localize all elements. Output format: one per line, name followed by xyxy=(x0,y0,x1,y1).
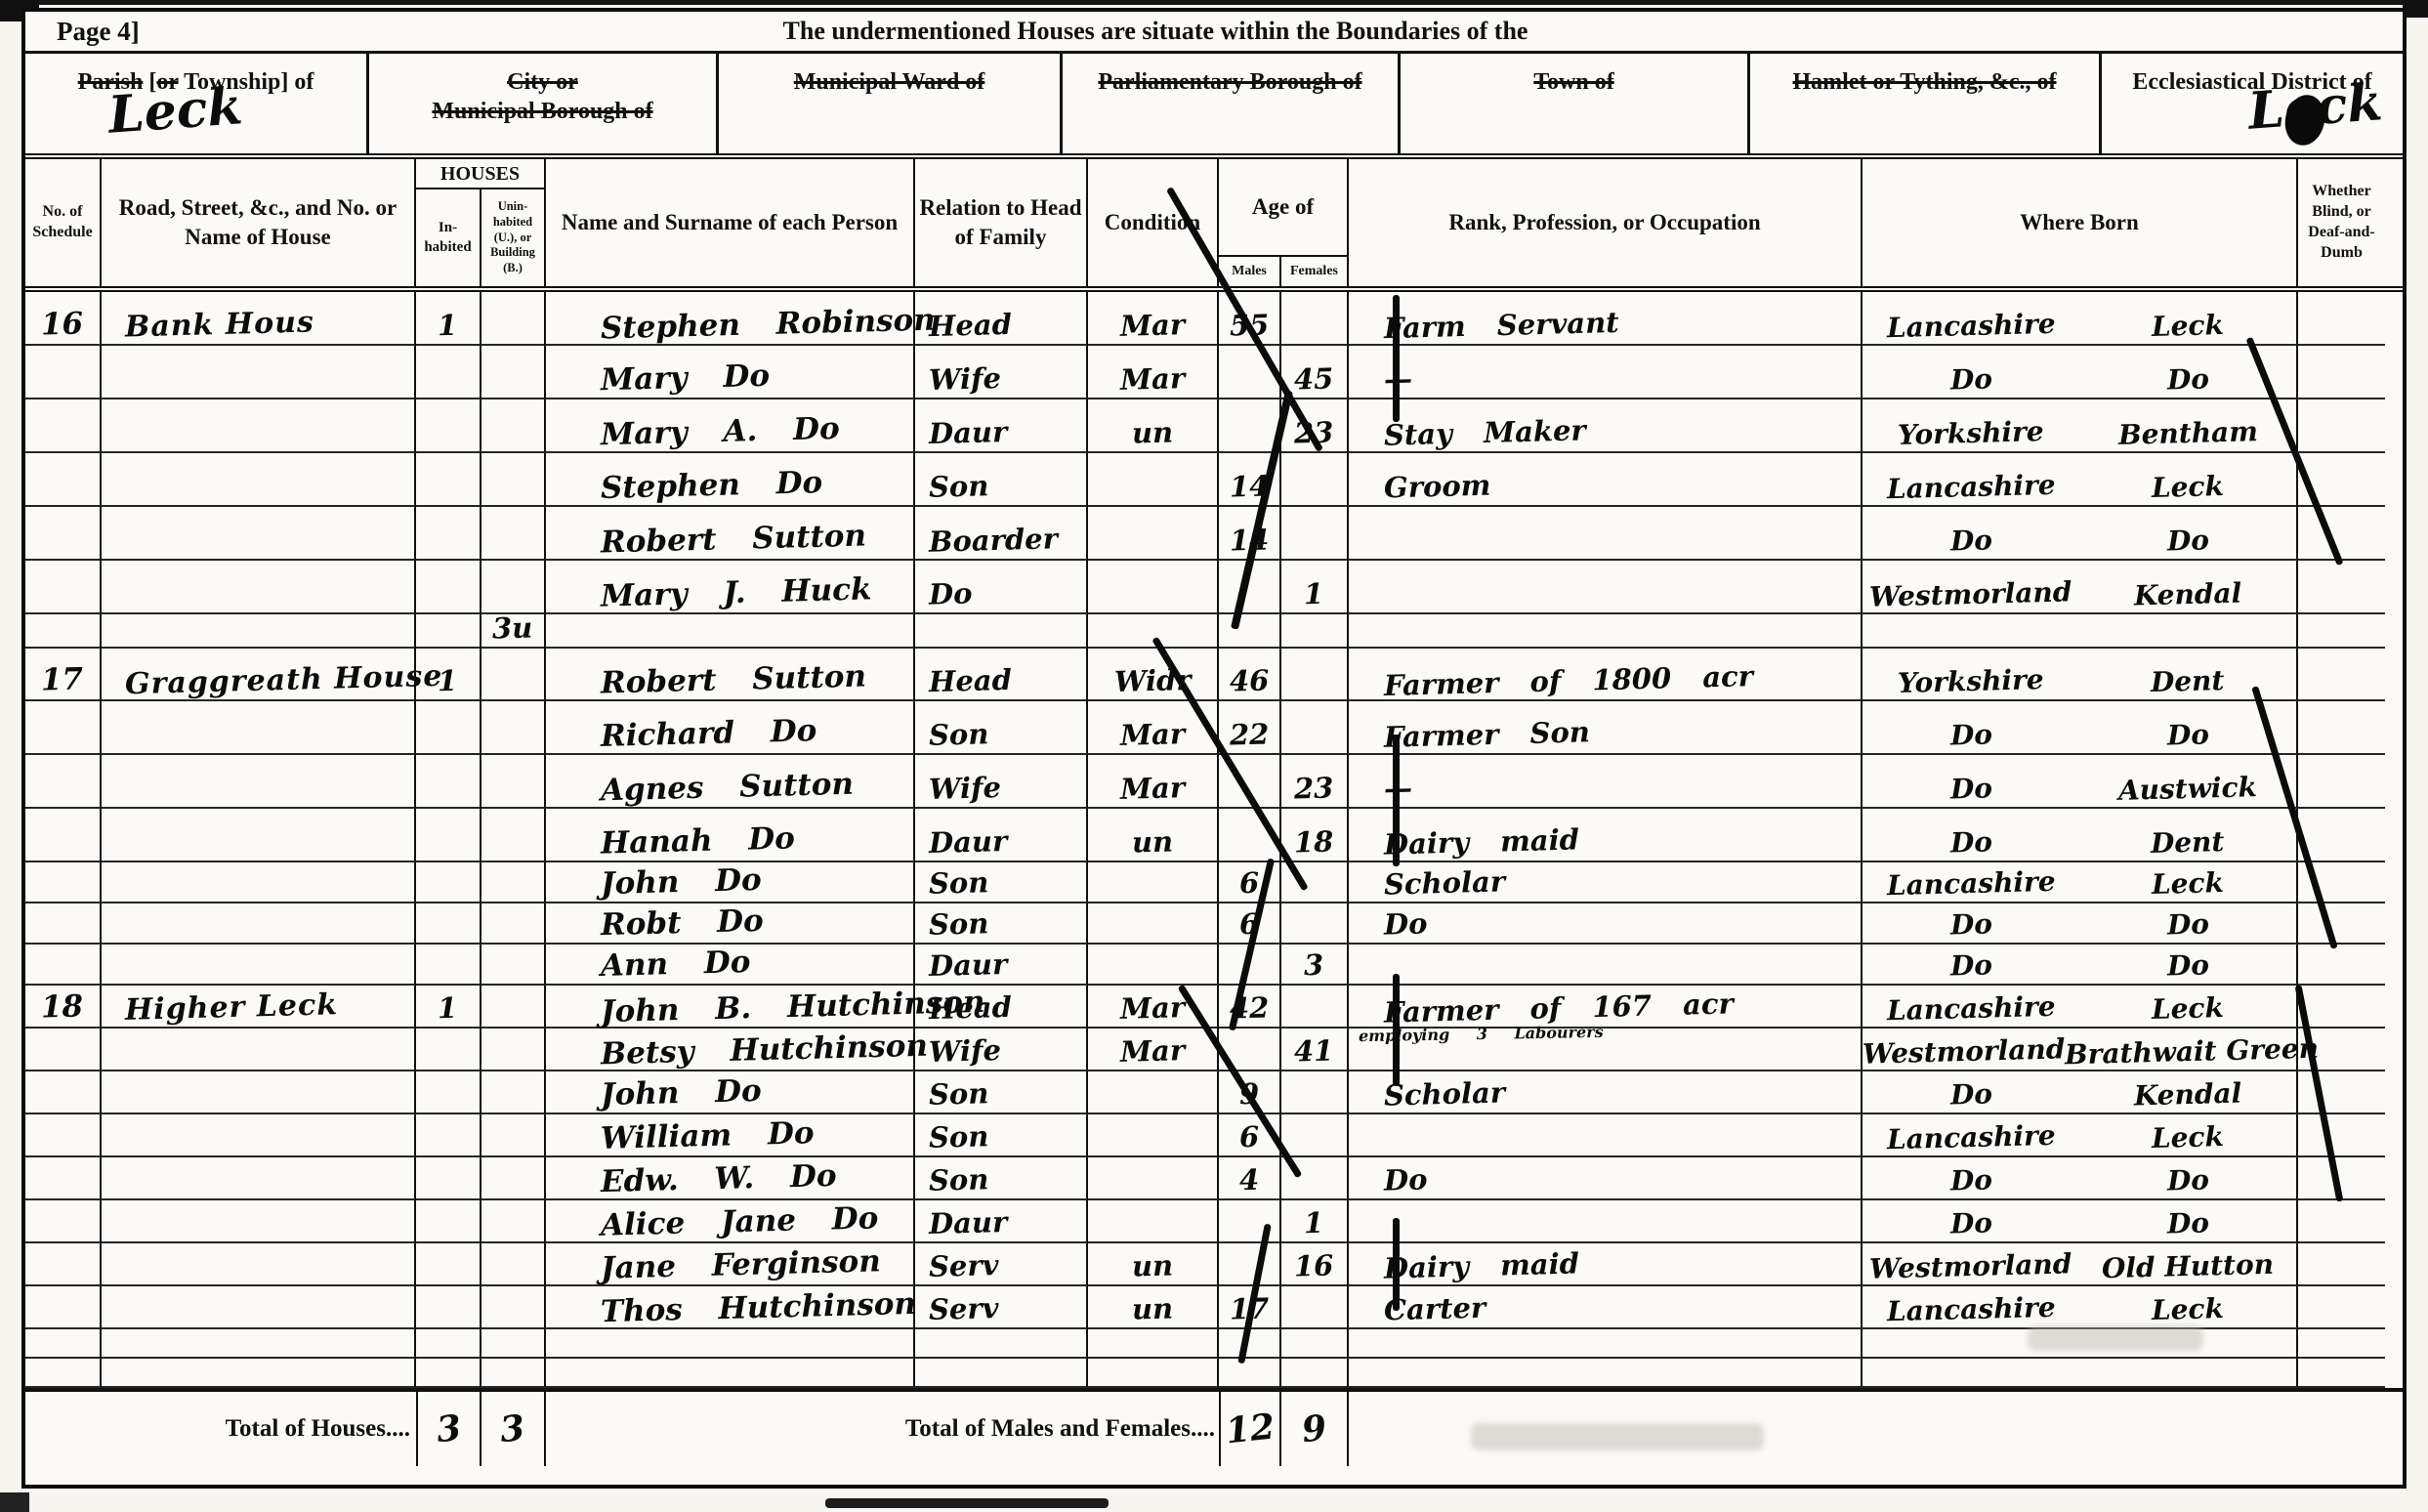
schedule-cell xyxy=(25,862,102,903)
handwritten-value: Son xyxy=(929,1079,989,1113)
condition-cell: un xyxy=(1088,1286,1219,1329)
handwritten-value: Son xyxy=(929,868,989,903)
table-row: Agnes SuttonWifeMar23—DoAustwick xyxy=(25,755,2403,809)
born-cell: DoAustwick xyxy=(1863,755,2298,809)
born-place: Brathwait Green xyxy=(2065,1038,2319,1070)
infirmity-cell xyxy=(2298,903,2385,945)
uninhabited-cell: 3u xyxy=(481,614,546,649)
born-cell: DoDo xyxy=(1863,903,2298,945)
age-female-cell: 23 xyxy=(1281,755,1349,809)
scan-corner xyxy=(0,1492,29,1512)
inhabited-cell xyxy=(416,809,481,862)
handwritten-value: Stephen Robinson xyxy=(601,306,937,349)
born-place: Do xyxy=(2079,952,2296,984)
occupation-cell: — xyxy=(1349,755,1863,809)
born-cell xyxy=(1863,614,2298,649)
handwritten-value: 41 xyxy=(1294,1036,1334,1070)
handwritten-value: Farm Servant xyxy=(1384,309,1619,347)
handwritten-value: 17 xyxy=(41,664,84,699)
handwritten-value: Stephen Do xyxy=(601,468,823,508)
col-houses-sub: In-habited Unin-habited (U.), or Buildin… xyxy=(416,189,544,286)
table-row: Mary J. HuckDo1WestmorlandKendal xyxy=(25,561,2403,614)
infirmity-cell xyxy=(2298,1329,2385,1359)
inhabited-cell xyxy=(416,1029,481,1071)
handwritten-value: Do xyxy=(1384,909,1428,943)
condition-cell: Mar xyxy=(1088,755,1219,809)
handwritten-value: Dairy maid xyxy=(1384,825,1580,862)
schedule-cell xyxy=(25,1114,102,1157)
born-cell: WestmorlandOld Hutton xyxy=(1863,1243,2298,1286)
person-name-cell: Thos Hutchinson xyxy=(546,1286,915,1329)
schedule-cell xyxy=(25,1243,102,1286)
inhabited-cell xyxy=(416,346,481,399)
col-born-label: Where Born xyxy=(2020,208,2139,237)
col-road-label: Road, Street, &c., and No. or Name of Ho… xyxy=(104,193,412,252)
handwritten-value: 23 xyxy=(1294,774,1334,807)
uninhabited-cell xyxy=(481,507,546,561)
born-place: Do xyxy=(2079,1210,2296,1241)
age-male-cell xyxy=(1219,945,1281,986)
handwritten-value: Edw. W. Do xyxy=(601,1161,837,1201)
total-males-value: 12 xyxy=(1224,1406,1277,1451)
census-page-scan: Page 4] The undermentioned Houses are si… xyxy=(0,0,2428,1512)
born-place: Bentham xyxy=(2079,420,2296,451)
house-name-cell xyxy=(102,1359,416,1388)
handwritten-value: Farmer Son xyxy=(1384,718,1591,756)
table-row: 17Graggreath House1Robert SuttonHeadWidr… xyxy=(25,648,2403,701)
infirmity-cell xyxy=(2298,986,2385,1029)
born-cell: DoKendal xyxy=(1863,1071,2298,1114)
handwritten-value: Bentham xyxy=(2117,418,2258,453)
column-headers: No. of Schedule Road, Street, &c., and N… xyxy=(25,159,2403,292)
handwritten-value: Dent xyxy=(2151,828,2225,861)
age-female-cell xyxy=(1281,903,1349,945)
table-row: Alice Jane DoDaur1DoDo xyxy=(25,1200,2403,1243)
handwritten-value: 55 xyxy=(1229,311,1269,344)
relation-cell: Wife xyxy=(915,1029,1088,1071)
born-place: Leck xyxy=(2079,1124,2296,1155)
handwritten-value: 1 xyxy=(1304,580,1324,613)
handwritten-value: Daur xyxy=(929,950,1008,985)
handwritten-value: Son xyxy=(929,472,989,506)
condition-cell: Widr xyxy=(1088,648,1219,701)
handwritten-value: Mar xyxy=(1119,720,1185,754)
handwritten-value: Daur xyxy=(929,1208,1008,1242)
col-name: Name and Surname of each Person xyxy=(546,159,915,286)
schedule-cell xyxy=(25,399,102,453)
handwritten-value: Mar xyxy=(1119,774,1185,808)
handwritten-value: Son xyxy=(929,909,989,944)
house-name-cell xyxy=(102,346,416,399)
born-place: Leck xyxy=(2079,1296,2296,1327)
age-female-cell: 41 xyxy=(1281,1029,1349,1071)
age-female-cell: 1 xyxy=(1281,561,1349,614)
handwritten-value: Do xyxy=(2166,1166,2209,1198)
schedule-cell xyxy=(25,903,102,945)
condition-cell: un xyxy=(1088,399,1219,453)
handwritten-value: Ann Do xyxy=(601,947,751,986)
born-county: Lancashire xyxy=(1863,870,2079,902)
relation-cell: Boarder xyxy=(915,507,1088,561)
age-female-cell xyxy=(1281,1329,1349,1359)
schedule-cell xyxy=(25,1200,102,1243)
condition-cell xyxy=(1088,507,1219,561)
table-row: 18Higher Leck1John B. HutchinsonHeadMar4… xyxy=(25,986,2403,1029)
occupation-cell: Dairy maid xyxy=(1349,1243,1863,1286)
handwritten-value: Lancashire xyxy=(1886,1294,2055,1330)
person-name-cell: Edw. W. Do xyxy=(546,1157,915,1200)
born-place: Dent xyxy=(2079,668,2296,699)
col-age-sub: Males Females xyxy=(1219,255,1347,286)
handwritten-value: Alice Jane Do xyxy=(601,1203,879,1244)
handwritten-value: Daur xyxy=(929,827,1008,861)
handwritten-note: employing 3 Labourers xyxy=(1359,1025,1604,1048)
handwritten-value: 1 xyxy=(1304,1209,1324,1242)
age-male-cell: 14 xyxy=(1219,453,1281,507)
inhabited-cell: 1 xyxy=(416,648,481,701)
age-male-cell: 42 xyxy=(1219,986,1281,1029)
district-band: Parish [or Township] of Leck City or Mun… xyxy=(25,54,2403,159)
infirmity-cell xyxy=(2298,1359,2385,1388)
parliamentary-label: Parliamentary Borough of xyxy=(1098,67,1361,97)
born-county: Do xyxy=(1863,1210,2079,1241)
handwritten-value: Dairy maid xyxy=(1384,1249,1580,1286)
col-relation: Relation to Head of Family xyxy=(915,159,1088,286)
house-name-cell xyxy=(102,1071,416,1114)
infirmity-cell xyxy=(2298,809,2385,862)
uninhabited-cell xyxy=(481,945,546,986)
handwritten-value: Do xyxy=(2166,951,2209,984)
born-cell: WestmorlandKendal xyxy=(1863,561,2298,614)
handwritten-value: Do xyxy=(2166,365,2209,398)
infirmity-cell xyxy=(2298,399,2385,453)
handwritten-value: Lancashire xyxy=(1886,311,2055,347)
handwritten-value: Bank Hous xyxy=(125,308,315,346)
handwritten-value: Lancashire xyxy=(1886,868,2055,904)
table-row: Jane FerginsonServun16Dairy maidWestmorl… xyxy=(25,1243,2403,1286)
col-schedule-label: No. of Schedule xyxy=(27,202,98,243)
field-parish: Parish [or Township] of Leck xyxy=(25,54,369,153)
schedule-cell xyxy=(25,1157,102,1200)
handwritten-value: Kendal xyxy=(2133,580,2241,614)
total-males: 12 xyxy=(1219,1392,1281,1466)
age-female-cell xyxy=(1281,453,1349,507)
inhabited-cell: 1 xyxy=(416,986,481,1029)
born-county: Westmorland xyxy=(1863,581,2079,612)
table-row: Betsy HutchinsonWifeMar41employing 3 Lab… xyxy=(25,1029,2403,1071)
schedule-cell xyxy=(25,1359,102,1388)
born-place: Dent xyxy=(2079,829,2296,861)
handwritten-value: 4 xyxy=(1238,1166,1259,1199)
born-cell: DoDo xyxy=(1863,701,2298,755)
handwritten-value: John Do xyxy=(601,1076,763,1114)
col-infirmity-label: Whether Blind, or Deaf-and-Dumb xyxy=(2300,182,2383,263)
born-county: Do xyxy=(1863,366,2079,398)
handwritten-value: Mar xyxy=(1119,993,1185,1028)
handwritten-value: Son xyxy=(929,720,989,754)
age-female-cell xyxy=(1281,1157,1349,1200)
handwritten-value: 17 xyxy=(1229,1294,1269,1327)
handwritten-value: Yorkshire xyxy=(1898,666,2045,701)
inhabited-cell xyxy=(416,561,481,614)
age-male-cell xyxy=(1219,1243,1281,1286)
handwritten-value: Thos Hutchinson xyxy=(601,1289,917,1331)
born-cell: DoDo xyxy=(1863,346,2298,399)
age-female-cell xyxy=(1281,648,1349,701)
inhabited-cell xyxy=(416,945,481,986)
relation-cell: Daur xyxy=(915,1200,1088,1243)
inhabited-cell xyxy=(416,1157,481,1200)
totals-band: Total of Houses.... 3 3 Total of Males a… xyxy=(25,1388,2403,1466)
schedule-cell xyxy=(25,346,102,399)
handwritten-value: Son xyxy=(929,1122,989,1156)
handwritten-value: Widr xyxy=(1113,666,1191,700)
person-name-cell: William Do xyxy=(546,1114,915,1157)
house-name-cell xyxy=(102,561,416,614)
person-name-cell: Jane Ferginson xyxy=(546,1243,915,1286)
inhabited-cell xyxy=(416,614,481,649)
handwritten-value: Hanah Do xyxy=(601,823,796,862)
condition-cell xyxy=(1088,453,1219,507)
schedule-cell xyxy=(25,1329,102,1359)
total-houses-uninhabited: 3 xyxy=(481,1392,546,1466)
born-county: Lancashire xyxy=(1863,995,2079,1027)
infirmity-cell xyxy=(2298,755,2385,809)
handwritten-value: Head xyxy=(929,311,1013,345)
born-county: Do xyxy=(1863,829,2079,861)
age-male-cell xyxy=(1219,1029,1281,1071)
condition-cell xyxy=(1088,1359,1219,1388)
occupation-cell: Groom xyxy=(1349,453,1863,507)
uninhabited-cell xyxy=(481,1329,546,1359)
table-row: 3u xyxy=(25,614,2403,648)
person-name-cell: Mary Do xyxy=(546,346,915,399)
relation-cell xyxy=(915,1359,1088,1388)
age-female-cell xyxy=(1281,507,1349,561)
occupation-cell: Farm Servant xyxy=(1349,292,1863,346)
age-male-cell: 55 xyxy=(1219,292,1281,346)
handwritten-value: Agnes Sutton xyxy=(601,770,855,811)
occupation-cell xyxy=(1349,507,1863,561)
age-female-cell: 3 xyxy=(1281,945,1349,986)
handwritten-value: Do xyxy=(1949,1080,1992,1113)
born-place: Kendal xyxy=(2079,581,2296,612)
house-name-cell xyxy=(102,809,416,862)
handwritten-value: Do xyxy=(1384,1165,1428,1198)
age-male-cell xyxy=(1219,1359,1281,1388)
age-female-cell xyxy=(1281,1359,1349,1388)
person-name-cell: John Do xyxy=(546,862,915,903)
col-males-label: Males xyxy=(1219,257,1281,286)
handwritten-value: 23 xyxy=(1294,418,1334,451)
occupation-cell: Do xyxy=(1349,1157,1863,1200)
handwritten-value: Do xyxy=(2166,526,2209,559)
born-place: Kendal xyxy=(2079,1081,2296,1113)
inhabited-cell xyxy=(416,1359,481,1388)
person-name-cell: Robert Sutton xyxy=(546,507,915,561)
born-place: Do xyxy=(2079,722,2296,753)
relation-cell: Wife xyxy=(915,346,1088,399)
inhabited-cell xyxy=(416,507,481,561)
occupation-cell xyxy=(1349,1329,1863,1359)
age-female-cell xyxy=(1281,614,1349,649)
age-male-cell xyxy=(1219,561,1281,614)
condition-cell: Mar xyxy=(1088,346,1219,399)
person-name-cell: Alice Jane Do xyxy=(546,1200,915,1243)
condition-cell xyxy=(1088,561,1219,614)
table-row: John DoSon9ScholarDoKendal xyxy=(25,1071,2403,1114)
handwritten-value: 45 xyxy=(1294,364,1334,398)
house-name-cell: Bank Hous xyxy=(102,292,416,346)
census-form: Page 4] The undermentioned Houses are si… xyxy=(21,8,2407,1489)
schedule-cell: 17 xyxy=(25,648,102,701)
person-name-cell: Agnes Sutton xyxy=(546,755,915,809)
handwritten-value: Wife xyxy=(929,364,1002,399)
person-name-cell xyxy=(546,1359,915,1388)
handwritten-value: 18 xyxy=(1294,827,1334,861)
handwritten-value: Brathwait Green xyxy=(2065,1035,2320,1073)
infirmity-cell xyxy=(2298,614,2385,649)
uninhabited-cell xyxy=(481,1071,546,1114)
born-county: Lancashire xyxy=(1863,474,2079,505)
col-condition-label: Condition xyxy=(1105,208,1200,237)
relation-cell: Son xyxy=(915,701,1088,755)
born-place: Old Hutton xyxy=(2079,1253,2296,1284)
uninhabited-cell xyxy=(481,561,546,614)
total-females: 9 xyxy=(1281,1392,1349,1466)
handwritten-value: Do xyxy=(1949,951,1992,984)
house-name-cell xyxy=(102,1200,416,1243)
uninhabited-cell xyxy=(481,1029,546,1071)
occupation-cell: Scholar xyxy=(1349,1071,1863,1114)
occupation-cell xyxy=(1349,945,1863,986)
handwritten-value: Do xyxy=(1949,910,1992,943)
uninhabited-cell xyxy=(481,453,546,507)
handwritten-value: 3 xyxy=(1304,951,1324,985)
relation-cell xyxy=(915,614,1088,649)
age-female-cell: 23 xyxy=(1281,399,1349,453)
handwritten-value: Lancashire xyxy=(1886,993,2055,1029)
house-name-cell: Higher Leck xyxy=(102,986,416,1029)
born-county: Do xyxy=(1863,1167,2079,1198)
occupation-cell: Do xyxy=(1349,903,1863,945)
handwritten-value: Son xyxy=(929,1165,989,1199)
occupation-cell: Farmer of 1800 acr xyxy=(1349,648,1863,701)
born-county: Lancashire xyxy=(1863,1296,2079,1327)
condition-cell: Mar xyxy=(1088,701,1219,755)
person-name-cell xyxy=(546,1329,915,1359)
born-cell: DoDo xyxy=(1863,1157,2298,1200)
age-male-cell xyxy=(1219,809,1281,862)
col-houses-label: HOUSES xyxy=(416,159,544,189)
col-condition: Condition xyxy=(1088,159,1219,286)
total-uninhabited-value: 3 xyxy=(498,1407,526,1450)
handwritten-value: Leck xyxy=(2152,312,2225,345)
handwritten-value: 42 xyxy=(1229,993,1269,1027)
handwritten-value: Lancashire xyxy=(1886,472,2055,508)
handwritten-value: Leck xyxy=(2152,1123,2225,1156)
uninhabited-cell xyxy=(481,986,546,1029)
house-name-cell xyxy=(102,903,416,945)
house-name-cell xyxy=(102,1243,416,1286)
handwritten-value: Groom xyxy=(1384,472,1491,507)
handwritten-value: Serv xyxy=(929,1251,999,1285)
census-entries: 16Bank Hous1Stephen RobinsonHeadMar55Far… xyxy=(25,292,2403,1388)
condition-cell xyxy=(1088,1071,1219,1114)
born-place: Do xyxy=(2079,1167,2296,1198)
schedule-cell: 16 xyxy=(25,292,102,346)
born-cell: YorkshireBentham xyxy=(1863,399,2298,453)
relation-cell: Do xyxy=(915,561,1088,614)
born-cell: WestmorlandBrathwait Green xyxy=(1863,1029,2298,1071)
age-female-cell xyxy=(1281,1286,1349,1329)
born-county: Westmorland xyxy=(1863,1253,2079,1284)
born-cell: YorkshireDent xyxy=(1863,648,2298,701)
occupation-cell: — xyxy=(1349,346,1863,399)
house-name-cell xyxy=(102,1286,416,1329)
infirmity-cell xyxy=(2298,1071,2385,1114)
field-parliamentary-borough: Parliamentary Borough of xyxy=(1063,54,1401,153)
handwritten-value: 18 xyxy=(41,991,84,1027)
occupation-cell xyxy=(1349,614,1863,649)
ward-label: Municipal Ward of xyxy=(794,67,985,97)
age-female-cell: 16 xyxy=(1281,1243,1349,1286)
inhabited-cell xyxy=(416,701,481,755)
occupation-cell: Dairy maid xyxy=(1349,809,1863,862)
handwritten-value: Do xyxy=(1949,828,1992,861)
field-town: Town of xyxy=(1401,54,1750,153)
born-county: Do xyxy=(1863,952,2079,984)
table-row: Robert SuttonBoarder14DoDo xyxy=(25,507,2403,561)
handwritten-value: Wife xyxy=(929,774,1002,808)
age-female-cell xyxy=(1281,862,1349,903)
handwritten-value: 1 xyxy=(438,994,458,1028)
col-name-label: Name and Surname of each Person xyxy=(562,208,898,237)
born-cell: DoDo xyxy=(1863,507,2298,561)
scan-smudge xyxy=(825,1498,1109,1508)
handwritten-value: 46 xyxy=(1229,666,1269,699)
age-male-cell: 17 xyxy=(1219,1286,1281,1329)
field-hamlet: Hamlet or Tything, &c., of xyxy=(1750,54,2102,153)
born-cell: DoDent xyxy=(1863,809,2298,862)
age-male-cell: 4 xyxy=(1219,1157,1281,1200)
house-name-cell xyxy=(102,1029,416,1071)
relation-cell xyxy=(915,1329,1088,1359)
house-name-cell xyxy=(102,701,416,755)
relation-cell: Daur xyxy=(915,945,1088,986)
born-place: Leck xyxy=(2079,870,2296,902)
handwritten-value: un xyxy=(1131,1294,1173,1327)
handwritten-value: Old Hutton xyxy=(2102,1251,2275,1287)
born-county: Lancashire xyxy=(1863,313,2079,344)
table-row: Stephen DoSon14GroomLancashireLeck xyxy=(25,453,2403,507)
house-name-cell xyxy=(102,399,416,453)
age-male-cell: 14 xyxy=(1219,507,1281,561)
schedule-cell xyxy=(25,1029,102,1071)
handwritten-value: Do xyxy=(1949,721,1992,753)
handwritten-value: Do xyxy=(1949,526,1992,559)
handwritten-value: Leck xyxy=(2152,869,2225,903)
handwritten-value: 16 xyxy=(41,309,84,344)
born-place: Austwick xyxy=(2079,776,2296,807)
table-row: Hanah DoDaurun18Dairy maidDoDent xyxy=(25,809,2403,862)
handwritten-value: 6 xyxy=(1238,1123,1259,1156)
inhabited-cell: 1 xyxy=(416,292,481,346)
table-row: Mary DoWifeMar45—DoDo xyxy=(25,346,2403,399)
total-inhabited-value: 3 xyxy=(435,1407,463,1450)
table-row: Edw. W. DoSon4DoDoDo xyxy=(25,1157,2403,1200)
uninhabited-cell xyxy=(481,292,546,346)
